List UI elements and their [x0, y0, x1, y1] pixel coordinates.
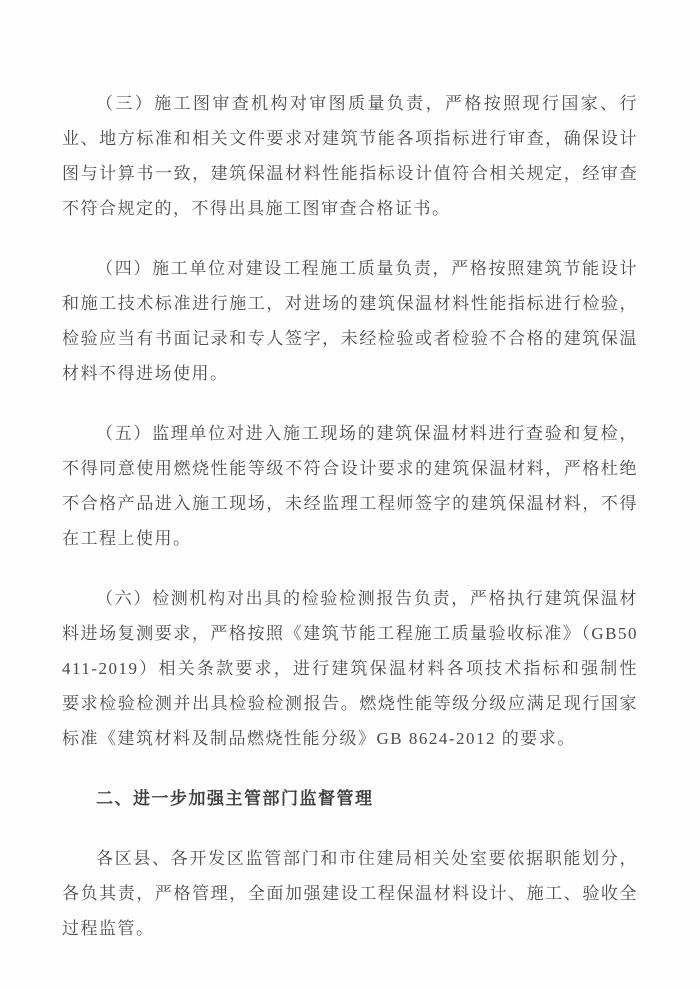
- paragraph-item-6: （六）检测机构对出具的检验检测报告负责，严格执行建筑保温材料进场复测要求，严格按…: [62, 581, 638, 756]
- closing-paragraph: 各区县、各开发区监管部门和市住建局相关处室要依据职能划分，各负其责，严格管理，全…: [62, 841, 638, 946]
- section-heading: 二、进一步加强主管部门监督管理: [62, 781, 638, 816]
- paragraph-item-5: （五）监理单位对进入施工现场的建筑保温材料进行查验和复检，不得同意使用燃烧性能等…: [62, 416, 638, 556]
- paragraph-item-4: （四）施工单位对建设工程施工质量负责，严格按照建筑节能设计和施工技术标准进行施工…: [62, 251, 638, 391]
- document-page: （三）施工图审查机构对审图质量负责，严格按照现行国家、行业、地方标准和相关文件要…: [0, 0, 700, 990]
- paragraph-item-3: （三）施工图审查机构对审图质量负责，严格按照现行国家、行业、地方标准和相关文件要…: [62, 86, 638, 226]
